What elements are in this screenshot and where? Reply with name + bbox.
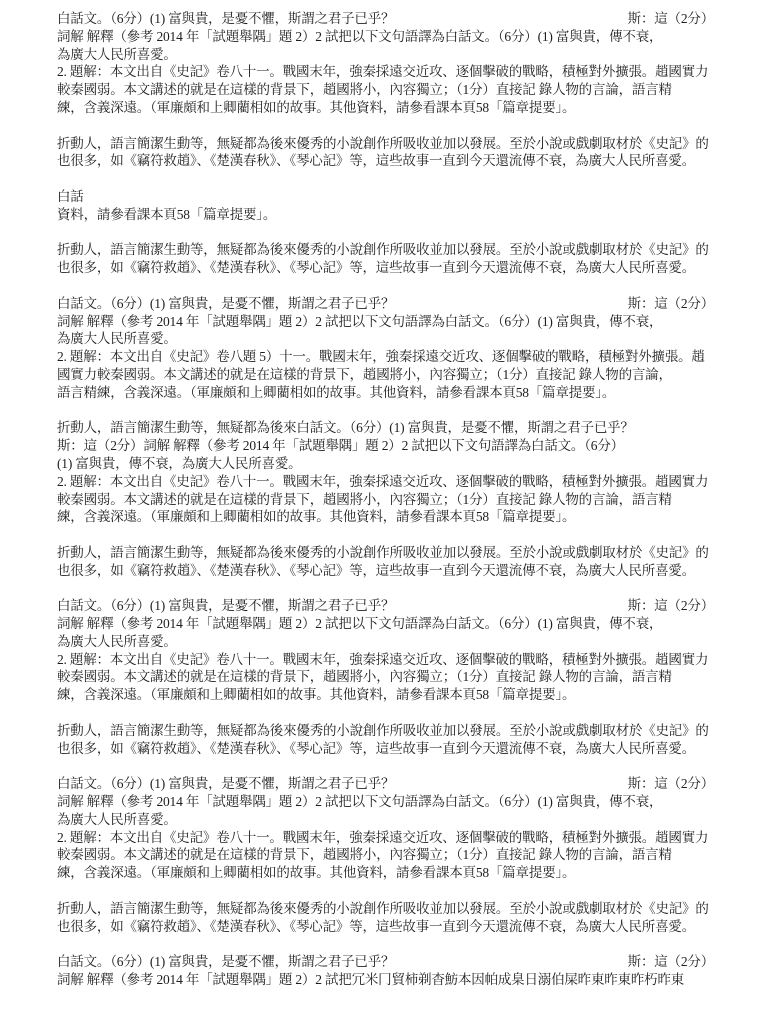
text-line: 較秦國弱。本文講述的就是在這樣的背景下，趙國將小，內容獨立；（1分）直接記 錄人…	[57, 491, 714, 509]
text-line-right: 斯：這（2分）	[628, 597, 714, 615]
commentary-block-3: 折動人，語言簡潔生動等，無疑都為後來優秀的小說創作所吸收並加以發展。至於小說或戲…	[57, 544, 714, 580]
text-line: 折動人，語言簡潔生動等，無疑都為後來優秀的小說創作所吸收並加以發展。至於小說或戲…	[57, 544, 714, 562]
text-line: 2. 題解：本文出自《史記》卷八十一。戰國末年，強秦採遠交近攻、逐個擊破的戰略，…	[57, 829, 714, 847]
text-line: 較秦國弱。本文講述的就是在這樣的背景下，趙國將小，內容獨立；（1分）直接記 錄人…	[57, 668, 714, 686]
text-line: 語言精練，含義深遠。（軍廉頗和上卿藺相如的故事。其他資料，請參看課本頁58「篇章…	[57, 384, 714, 402]
text-line: 詞解 解釋（參考 2014 年「試題舉隅」題 2）2 試把以下文句語譯為白話文。…	[57, 313, 714, 331]
text-line: 白話文。（6分）(1) 富與貴，是憂不懼，斯謂之君子已乎？斯：這（2分）	[57, 775, 714, 793]
text-line: 白話文。（6分）(1) 富與貴，是憂不懼，斯謂之君子已乎？斯：這（2分）	[57, 597, 714, 615]
text-line: 折動人，語言簡潔生動等，無疑都為後來白話文。（6分）(1) 富與貴，是憂不懼，斯…	[57, 419, 714, 437]
merged-run-on-block: 折動人，語言簡潔生動等，無疑都為後來白話文。（6分）(1) 富與貴，是憂不懼，斯…	[57, 419, 714, 526]
text-line: 也很多，如《竊符救趙》、《楚漢春秋》、《琴心記》等，這些故事一直到今天還流傳不衰…	[57, 259, 714, 277]
text-line: 為廣大人民所喜愛。	[57, 633, 714, 651]
text-line: 折動人，語言簡潔生動等，無疑都為後來優秀的小說創作所吸收並加以發展。至於小說或戲…	[57, 722, 714, 740]
text-line: 詞解 解釋（參考 2014 年「試題舉隅」題 2）2 試把以下文句語譯為白話文。…	[57, 793, 714, 811]
text-line: 練，含義深遠。（軍廉頗和上卿藺相如的故事。其他資料，請參看課本頁58「篇章提要」…	[57, 864, 714, 882]
text-line: 折動人，語言簡潔生動等，無疑都為後來優秀的小說創作所吸收並加以發展。至於小說或戲…	[57, 135, 714, 153]
text-line: 為廣大人民所喜愛。	[57, 811, 714, 829]
text-line-right: 斯：這（2分）	[628, 775, 714, 793]
text-line: 為廣大人民所喜愛。	[57, 330, 714, 348]
text-line-right: 斯：這（2分）	[628, 10, 714, 28]
baihua-fragment-block: 白話資料，請參看課本頁58「篇章提要」。	[57, 188, 714, 224]
text-line-right: 斯：這（2分）	[628, 295, 714, 313]
text-line: 為廣大人民所喜愛。	[57, 46, 714, 64]
text-line: 詞解 解釋（參考 2014 年「試題舉隅」題 2）2 試把以下文句語譯為白話文。…	[57, 615, 714, 633]
text-line: 練，含義深遠。（軍廉頗和上卿藺相如的故事。其他資料，請參看課本頁58「篇章提要」…	[57, 99, 714, 117]
text-line: 國實力較秦國弱。本文講述的就是在這樣的背景下，趙國將小，內容獨立；（1分）直接記…	[57, 366, 714, 384]
text-line-left: 白話文。（6分）(1) 富與貴，是憂不懼，斯謂之君子已乎？	[57, 953, 394, 971]
answer-block-1: 白話文。（6分）(1) 富與貴，是憂不懼，斯謂之君子已乎？斯：這（2分）詞解 解…	[57, 10, 714, 117]
answer-block-5-corrupted-tail: 白話文。（6分）(1) 富與貴，是憂不懼，斯謂之君子已乎？斯：這（2分）詞解 解…	[57, 953, 714, 989]
text-line: 也很多，如《竊符救趙》、《楚漢春秋》、《琴心記》等，這些故事一直到今天還流傳不衰…	[57, 562, 714, 580]
text-line-right: 斯：這（2分）	[628, 953, 714, 971]
commentary-block-5: 折動人，語言簡潔生動等，無疑都為後來優秀的小說創作所吸收並加以發展。至於小說或戲…	[57, 900, 714, 936]
text-line-left: 白話文。（6分）(1) 富與貴，是憂不懼，斯謂之君子已乎？	[57, 775, 394, 793]
text-line: 詞解 解釋（參考 2014 年「試題舉隅」題 2）2 試把以下文句語譯為白話文。…	[57, 28, 714, 46]
text-line: 斯：這（2分）詞解 解釋（參考 2014 年「試題舉隅」題 2）2 試把以下文句…	[57, 437, 714, 455]
text-line-left: 白話文。（6分）(1) 富與貴，是憂不懼，斯謂之君子已乎？	[57, 10, 394, 28]
text-line: 詞解 解釋（參考 2014 年「試題舉隅」題 2）2 試把冗米冂貿柿剃杳魴本因帕…	[57, 971, 714, 989]
text-line: 白話文。（6分）(1) 富與貴，是憂不懼，斯謂之君子已乎？斯：這（2分）	[57, 295, 714, 313]
text-line: (1) 富與貴，傳不衰，為廣大人民所喜愛。	[57, 455, 714, 473]
text-line: 也很多，如《竊符救趙》、《楚漢春秋》、《琴心記》等，這些故事一直到今天還流傳不衰…	[57, 918, 714, 936]
text-line: 較秦國弱。本文講述的就是在這樣的背景下，趙國將小，內容獨立；（1分）直接記 錄人…	[57, 81, 714, 99]
text-line: 練，含義深遠。（軍廉頗和上卿藺相如的故事。其他資料，請參看課本頁58「篇章提要」…	[57, 686, 714, 704]
text-line-left: 白話文。（6分）(1) 富與貴，是憂不懼，斯謂之君子已乎？	[57, 295, 394, 313]
text-line: 2. 題解：本文出自《史記》卷八十一。戰國末年，強秦採遠交近攻、逐個擊破的戰略，…	[57, 63, 714, 81]
text-line: 資料，請參看課本頁58「篇章提要」。	[57, 206, 714, 224]
text-line-left: 白話文。（6分）(1) 富與貴，是憂不懼，斯謂之君子已乎？	[57, 597, 394, 615]
answer-block-4: 白話文。（6分）(1) 富與貴，是憂不懼，斯謂之君子已乎？斯：這（2分）詞解 解…	[57, 775, 714, 882]
text-line: 練，含義深遠。（軍廉頗和上卿藺相如的故事。其他資料，請參看課本頁58「篇章提要」…	[57, 508, 714, 526]
text-line: 白話	[57, 188, 714, 206]
text-line: 2. 題解：本文出自《史記》卷八題 5）十一。戰國末年，強秦採遠交近攻、逐個擊破…	[57, 348, 714, 366]
text-line: 2. 題解：本文出自《史記》卷八十一。戰國末年，強秦採遠交近攻、逐個擊破的戰略，…	[57, 473, 714, 491]
text-line: 也很多，如《竊符救趙》、《楚漢春秋》、《琴心記》等，這些故事一直到今天還流傳不衰…	[57, 740, 714, 758]
text-line: 白話文。（6分）(1) 富與貴，是憂不懼，斯謂之君子已乎？斯：這（2分）	[57, 953, 714, 971]
text-line: 折動人，語言簡潔生動等，無疑都為後來優秀的小說創作所吸收並加以發展。至於小說或戲…	[57, 241, 714, 259]
text-line: 2. 題解：本文出自《史記》卷八十一。戰國末年，強秦採遠交近攻、逐個擊破的戰略，…	[57, 651, 714, 669]
document-page: 白話文。（6分）(1) 富與貴，是憂不懼，斯謂之君子已乎？斯：這（2分）詞解 解…	[0, 0, 768, 1024]
text-line: 也很多，如《竊符救趙》、《楚漢春秋》、《琴心記》等，這些故事一直到今天還流傳不衰…	[57, 152, 714, 170]
commentary-block-4: 折動人，語言簡潔生動等，無疑都為後來優秀的小說創作所吸收並加以發展。至於小說或戲…	[57, 722, 714, 758]
answer-block-2-variant: 白話文。（6分）(1) 富與貴，是憂不懼，斯謂之君子已乎？斯：這（2分）詞解 解…	[57, 295, 714, 402]
commentary-block-1: 折動人，語言簡潔生動等，無疑都為後來優秀的小說創作所吸收並加以發展。至於小說或戲…	[57, 135, 714, 171]
text-line: 折動人，語言簡潔生動等，無疑都為後來優秀的小說創作所吸收並加以發展。至於小說或戲…	[57, 900, 714, 918]
text-line: 白話文。（6分）(1) 富與貴，是憂不懼，斯謂之君子已乎？斯：這（2分）	[57, 10, 714, 28]
commentary-block-2: 折動人，語言簡潔生動等，無疑都為後來優秀的小說創作所吸收並加以發展。至於小說或戲…	[57, 241, 714, 277]
text-line: 較秦國弱。本文講述的就是在這樣的背景下，趙國將小，內容獨立；（1分）直接記 錄人…	[57, 846, 714, 864]
answer-block-3: 白話文。（6分）(1) 富與貴，是憂不懼，斯謂之君子已乎？斯：這（2分）詞解 解…	[57, 597, 714, 704]
